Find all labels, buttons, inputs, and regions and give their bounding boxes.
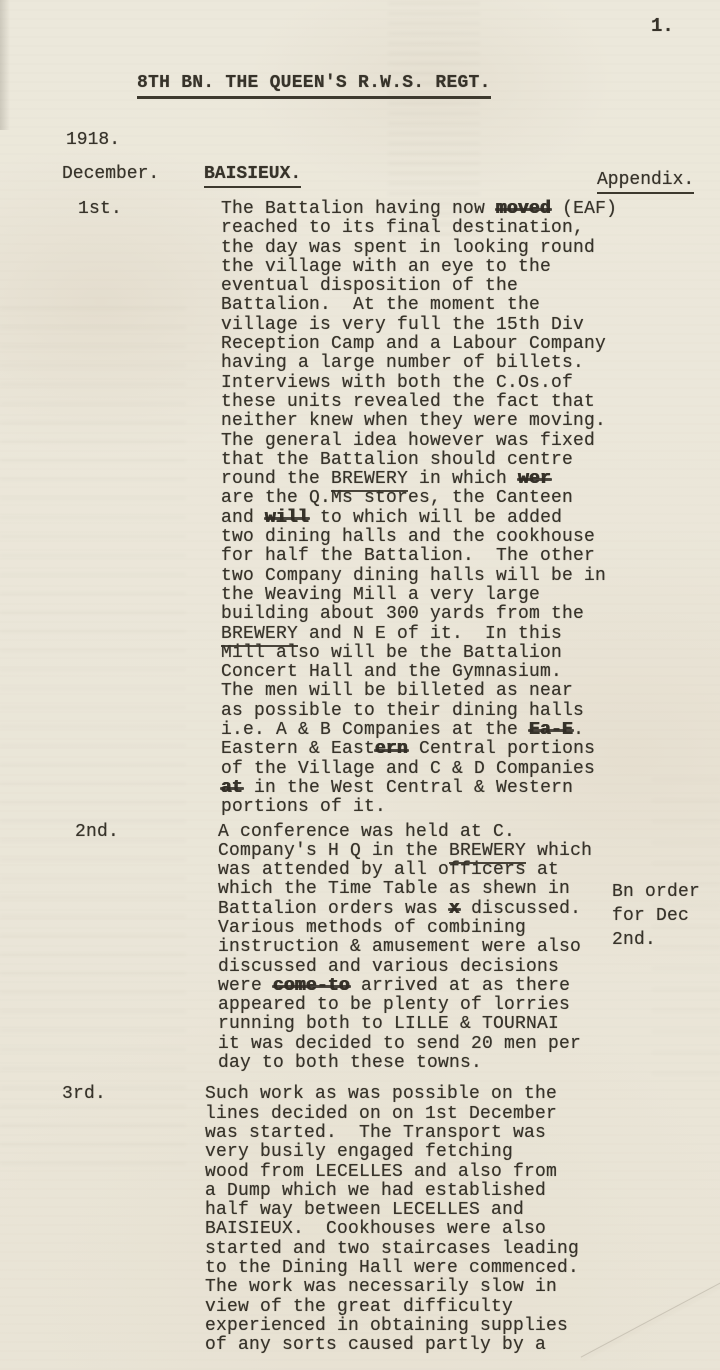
text-line: Mill also will be the Battalion — [221, 644, 691, 663]
text-line: was started. The Transport was — [205, 1124, 675, 1143]
diary-entries: 1st.The Battalion having now moved (EAF)… — [62, 200, 712, 1356]
struck-out-text: come-to — [273, 976, 350, 996]
text-segment: and — [221, 508, 265, 528]
location-heading: BAISIEUX. — [204, 164, 301, 188]
text-segment: the Weaving Mill a very large — [221, 585, 540, 605]
text-segment: day to both these towns. — [218, 1053, 482, 1073]
text-segment: Interviews with both the C.Os.of — [221, 373, 573, 393]
text-line: experienced in obtaining supplies — [205, 1317, 675, 1336]
text-line: round the BREWERY in which wer — [221, 470, 691, 489]
text-segment: Mill also will be the Battalion — [221, 643, 562, 663]
text-segment: building about 300 yards from the — [221, 604, 584, 624]
text-segment: having a large number of billets. — [221, 353, 584, 373]
text-line: reached to its final destination, — [221, 219, 691, 238]
text-line: The work was necessarily slow in — [205, 1278, 675, 1297]
text-segment: The men will be billeted as near — [221, 681, 573, 701]
entry-day-label: 3rd. — [62, 1085, 205, 1355]
text-line: portions of it. — [221, 798, 691, 817]
text-segment: of any sorts caused partly by a — [205, 1335, 546, 1355]
text-segment: in which — [408, 469, 518, 489]
text-line: a Dump which we had established — [205, 1182, 675, 1201]
text-segment: discussed. — [460, 899, 581, 919]
page-number: 1. — [651, 15, 674, 37]
text-segment: Battalion. At the moment the — [221, 295, 540, 315]
text-line: lines decided on on 1st December — [205, 1105, 675, 1124]
text-segment: neither knew when they were moving. — [221, 411, 606, 431]
struck-out-text: at — [221, 778, 243, 798]
entry-body-text: Such work as was possible on thelines de… — [205, 1085, 675, 1355]
text-line: The men will be billeted as near — [221, 682, 691, 701]
appendix-column-heading: Appendix. — [597, 170, 694, 194]
text-line: two dining halls and the cookhouse — [221, 528, 691, 547]
text-line: view of the great difficulty — [205, 1298, 675, 1317]
text-segment: BAISIEUX. Cookhouses were also — [205, 1219, 546, 1239]
diary-entry: 3rd.Such work as was possible on theline… — [62, 1085, 712, 1355]
text-line: as possible to their dining halls — [221, 702, 691, 721]
text-segment: to the Dining Hall were commenced. — [205, 1258, 579, 1278]
text-segment: for half the Battalion. The other — [221, 546, 595, 566]
text-line: that the Battalion should centre — [221, 451, 691, 470]
text-line: day to both these towns. — [218, 1054, 688, 1073]
text-segment: which the Time Table as shewn in — [218, 879, 570, 899]
text-segment: village is very full the 15th Div — [221, 315, 584, 335]
text-segment: which — [526, 841, 592, 861]
text-line: and will to which will be added — [221, 509, 691, 528]
text-line: at in the West Central & Western — [221, 779, 691, 798]
text-line: these units revealed the fact that — [221, 393, 691, 412]
text-segment: appeared to be plenty of lorries — [218, 995, 570, 1015]
text-segment: are the Q.Ms stores, the Canteen — [221, 488, 573, 508]
text-line: Eastern & Eastern Central portions — [221, 740, 691, 759]
text-line: i.e. A & B Companies at the Ea-E. — [221, 721, 691, 740]
text-line: were come-to arrived at as there — [218, 977, 688, 996]
text-segment: discussed and various decisions — [218, 957, 559, 977]
month-label: December. — [62, 164, 159, 184]
appendix-margin-note: Bn orderfor Dec2nd. — [612, 880, 700, 952]
year-label: 1918. — [66, 130, 120, 150]
text-line: Concert Hall and the Gymnasium. — [221, 663, 691, 682]
entry-body-text: The Battalion having now moved (EAF)reac… — [221, 200, 691, 818]
text-line: Battalion. At the moment the — [221, 296, 691, 315]
text-segment: Such work as was possible on the — [205, 1084, 557, 1104]
struck-out-text: ern — [375, 739, 408, 759]
text-segment: these units revealed the fact that — [221, 392, 595, 412]
entry-day-label: 1st. — [62, 200, 221, 818]
text-segment: Concert Hall and the Gymnasium. — [221, 662, 562, 682]
text-line: are the Q.Ms stores, the Canteen — [221, 489, 691, 508]
text-segment: Company's H Q in the — [218, 841, 449, 861]
text-line: very busily engaged fetching — [205, 1143, 675, 1162]
text-line: of any sorts caused partly by a — [205, 1336, 675, 1355]
text-segment: a Dump which we had established — [205, 1181, 546, 1201]
text-line: to the Dining Hall were commenced. — [205, 1259, 675, 1278]
text-segment: The general idea however was fixed — [221, 431, 595, 451]
text-segment: . — [573, 720, 584, 740]
text-segment: were — [218, 976, 273, 996]
text-segment: of the Village and C & D Companies — [221, 759, 595, 779]
text-segment: was started. The Transport was — [205, 1123, 546, 1143]
text-segment: the day was spent in looking round — [221, 238, 595, 258]
text-line: building about 300 yards from the — [221, 605, 691, 624]
text-segment: two Company dining halls will be in — [221, 566, 606, 586]
text-line: was attended by all officers at — [218, 861, 688, 880]
text-segment: very busily engaged fetching — [205, 1142, 513, 1162]
text-segment: view of the great difficulty — [205, 1297, 513, 1317]
struck-out-text: moved — [496, 199, 551, 219]
text-segment: wood from LECELLES and also from — [205, 1162, 557, 1182]
text-line: Company's H Q in the BREWERY which — [218, 842, 688, 861]
text-line: Reception Camp and a Labour Company — [221, 335, 691, 354]
text-segment: started and two staircases leading — [205, 1239, 579, 1259]
text-line: for half the Battalion. The other — [221, 547, 691, 566]
text-line: the day was spent in looking round — [221, 239, 691, 258]
text-segment: arrived at as there — [350, 976, 570, 996]
text-segment: Central portions — [408, 739, 595, 759]
text-segment: portions of it. — [221, 797, 386, 817]
text-segment: the village with an eye to the — [221, 257, 551, 277]
text-line: BREWERY and N E of it. In this — [221, 625, 691, 644]
diary-entry: 1st.The Battalion having now moved (EAF)… — [62, 200, 712, 818]
text-segment: round the — [221, 469, 331, 489]
text-segment: i.e. A & B Companies at the — [221, 720, 529, 740]
text-line: eventual disposition of the — [221, 277, 691, 296]
text-segment: instruction & amusement were also — [218, 937, 581, 957]
text-line: A conference was held at C. — [218, 823, 688, 842]
text-line: The Battalion having now moved (EAF) — [221, 200, 691, 219]
war-diary-page: 1. 8TH BN. THE QUEEN'S R.W.S. REGT. 1918… — [0, 0, 720, 1370]
text-line: the village with an eye to the — [221, 258, 691, 277]
text-segment: half way between LECELLES and — [205, 1200, 524, 1220]
text-line: neither knew when they were moving. — [221, 412, 691, 431]
struck-out-text: wer — [518, 469, 551, 489]
text-line: having a large number of billets. — [221, 354, 691, 373]
text-line: running both to LILLE & TOURNAI — [218, 1015, 688, 1034]
text-line: two Company dining halls will be in — [221, 567, 691, 586]
text-segment: eventual disposition of the — [221, 276, 518, 296]
margin-note-line: 2nd. — [612, 928, 700, 952]
text-line: it was decided to send 20 men per — [218, 1035, 688, 1054]
text-line: BAISIEUX. Cookhouses were also — [205, 1220, 675, 1239]
entry-day-label: 2nd. — [62, 823, 218, 1074]
text-segment: Eastern & East — [221, 739, 375, 759]
text-line: of the Village and C & D Companies — [221, 760, 691, 779]
text-line: half way between LECELLES and — [205, 1201, 675, 1220]
text-segment: lines decided on on 1st December — [205, 1104, 557, 1124]
text-line: Interviews with both the C.Os.of — [221, 374, 691, 393]
diary-entry: 2nd.A conference was held at C.Company's… — [62, 823, 712, 1074]
text-segment: Various methods of combining — [218, 918, 526, 938]
text-segment: as possible to their dining halls — [221, 701, 584, 721]
text-segment: to which will be added — [309, 508, 562, 528]
text-line: started and two staircases leading — [205, 1240, 675, 1259]
margin-note-line: for Dec — [612, 904, 700, 928]
text-segment: running both to LILLE & TOURNAI — [218, 1014, 559, 1034]
text-segment: The Battalion having now — [221, 199, 496, 219]
text-segment: and N E of it. In this — [298, 624, 562, 644]
margin-note-line: Bn order — [612, 880, 700, 904]
text-segment: it was decided to send 20 men per — [218, 1034, 581, 1054]
text-line: discussed and various decisions — [218, 958, 688, 977]
text-segment: that the Battalion should centre — [221, 450, 573, 470]
document-title: 8TH BN. THE QUEEN'S R.W.S. REGT. — [137, 73, 491, 99]
text-segment: The work was necessarily slow in — [205, 1277, 557, 1297]
text-segment: was attended by all officers at — [218, 860, 559, 880]
text-line: the Weaving Mill a very large — [221, 586, 691, 605]
text-segment: Battalion orders was — [218, 899, 449, 919]
text-line: Such work as was possible on the — [205, 1085, 675, 1104]
text-segment: experienced in obtaining supplies — [205, 1316, 568, 1336]
text-segment: reached to its final destination, — [221, 218, 584, 238]
text-line: appeared to be plenty of lorries — [218, 996, 688, 1015]
text-segment: in the West Central & Western — [243, 778, 573, 798]
text-line: village is very full the 15th Div — [221, 316, 691, 335]
text-line: The general idea however was fixed — [221, 432, 691, 451]
scan-edge-shadow — [0, 0, 10, 130]
text-segment: two dining halls and the cookhouse — [221, 527, 595, 547]
text-segment: (EAF) — [551, 199, 617, 219]
struck-out-text: will — [265, 508, 309, 528]
struck-out-text: x — [449, 899, 460, 919]
text-line: wood from LECELLES and also from — [205, 1163, 675, 1182]
text-segment: A conference was held at C. — [218, 822, 515, 842]
text-segment: Reception Camp and a Labour Company — [221, 334, 606, 354]
struck-out-text: Ea-E — [529, 720, 573, 740]
